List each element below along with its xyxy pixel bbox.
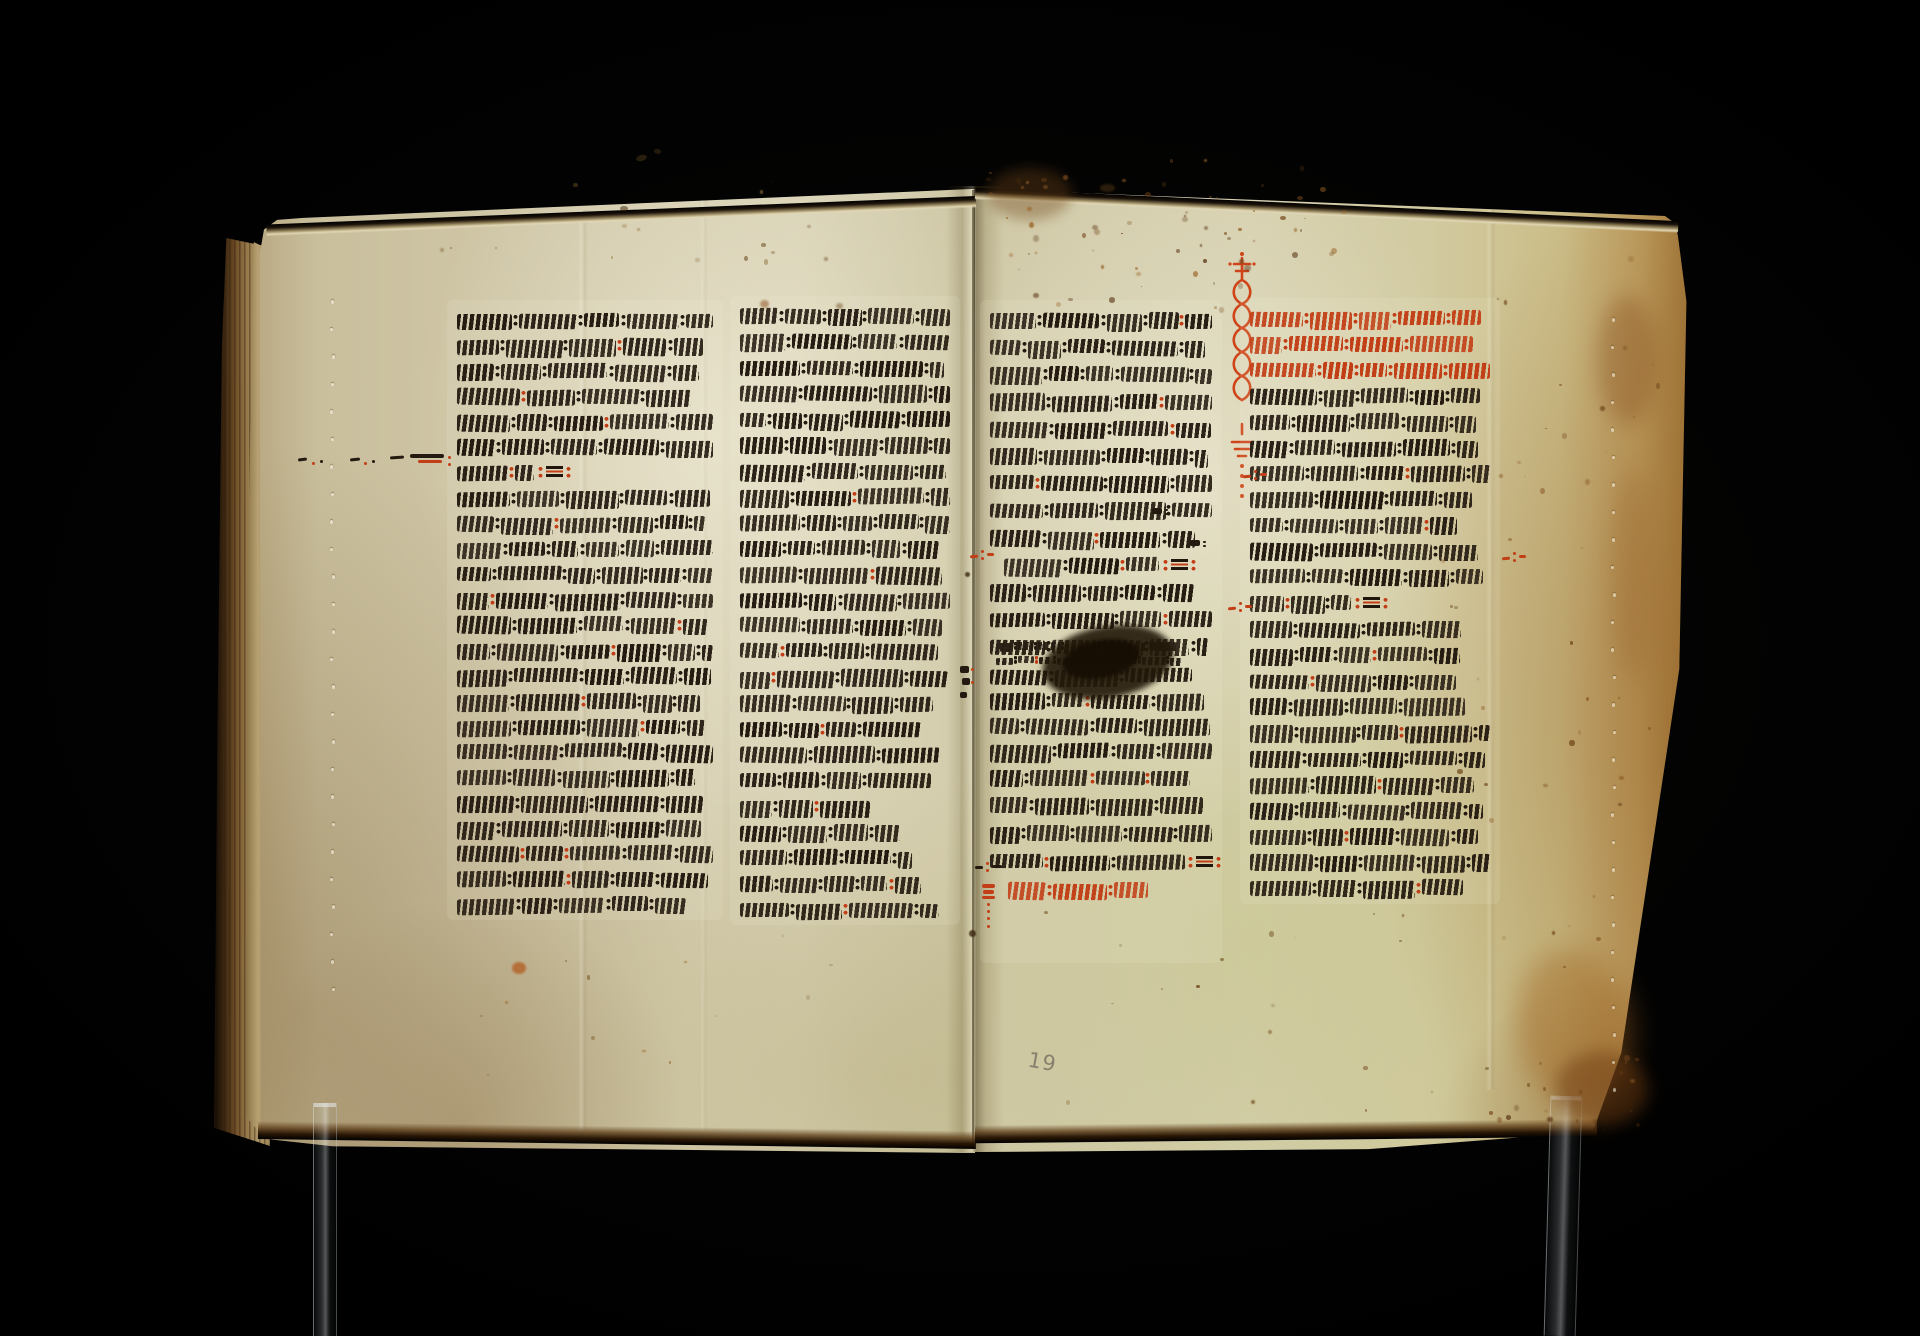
- foxing-speckle: [1041, 178, 1047, 182]
- manuscript-text-line: [1250, 414, 1500, 436]
- glyph-word: [740, 385, 797, 402]
- glyph-word: [1422, 879, 1464, 895]
- glyph-word: [602, 567, 643, 584]
- manuscript-text-line: [740, 463, 970, 485]
- glyph-word: [660, 515, 688, 530]
- word-separator-mark: [1310, 675, 1315, 688]
- glyph-word: [628, 743, 659, 761]
- sewing-station-dot: [965, 572, 970, 577]
- word-separator-mark: [894, 697, 899, 710]
- glyph-word: [570, 846, 621, 861]
- word-separator-mark: [1189, 450, 1194, 463]
- word-separator-mark: [1046, 695, 1051, 708]
- foxing-speckle: [1563, 966, 1565, 968]
- glyph-word: [779, 800, 813, 818]
- glyph-word: [740, 566, 798, 583]
- glyph-word: [1179, 825, 1212, 842]
- word-separator-mark: [925, 491, 930, 504]
- manuscript-text-line: [457, 617, 732, 639]
- glyph-word: [1472, 465, 1490, 483]
- glyph-word: [686, 314, 713, 328]
- glyph-word: [1250, 389, 1317, 406]
- glyph-word: [673, 365, 699, 381]
- glyph-word: [1422, 621, 1461, 638]
- glyph-word: [1250, 830, 1306, 845]
- pricking-hole: [332, 630, 335, 634]
- word-separator-mark: [1388, 364, 1393, 377]
- word-separator-mark: [566, 466, 571, 479]
- word-separator-mark: [677, 619, 682, 632]
- word-separator-mark: [563, 822, 568, 835]
- glyph-word: [1313, 829, 1344, 847]
- word-separator-mark: [680, 314, 685, 327]
- word-separator-mark: [596, 568, 601, 581]
- glyph-word: [1338, 647, 1370, 663]
- pricking-hole: [1611, 428, 1614, 432]
- glyph-word: [1316, 675, 1371, 692]
- glyph-word: [740, 464, 805, 481]
- foxing-speckle: [1547, 1117, 1552, 1122]
- foxing-speckle: [989, 192, 992, 196]
- word-separator-mark: [822, 310, 827, 323]
- glyph-word: [1109, 476, 1169, 493]
- margin-mark-part: [1203, 545, 1206, 547]
- manuscript-text-line: [1250, 880, 1490, 902]
- word-separator-mark: [788, 852, 793, 865]
- glyph-word: [1250, 675, 1309, 690]
- word-separator-mark: [598, 441, 603, 454]
- word-separator-mark: [1285, 597, 1290, 610]
- word-separator-mark: [1451, 830, 1456, 843]
- word-separator-mark: [669, 492, 674, 505]
- word-separator-mark: [1395, 830, 1400, 843]
- word-separator-mark: [1022, 341, 1027, 354]
- margin-mark-part: [987, 917, 990, 920]
- word-separator-mark: [1037, 314, 1042, 327]
- foxing-speckle: [1239, 259, 1244, 264]
- word-separator-mark: [1052, 745, 1057, 758]
- foxing-speckle: [1213, 282, 1215, 285]
- glyph-word: [666, 745, 714, 763]
- glyph-word: [1457, 829, 1478, 844]
- word-separator-mark: [828, 439, 833, 452]
- foxing-speckle: [1026, 181, 1029, 183]
- glyph-word: [1250, 621, 1292, 638]
- word-separator-mark: [1145, 450, 1150, 463]
- glyph-word: [517, 414, 547, 431]
- word-separator-mark: [1047, 884, 1052, 897]
- foxing-speckle: [1540, 488, 1545, 494]
- foxing-speckle: [1581, 547, 1583, 549]
- pricking-hole: [331, 850, 334, 854]
- manuscript-text-line: [740, 618, 974, 640]
- word-separator-mark: [513, 314, 518, 327]
- word-separator-mark: [495, 517, 500, 530]
- margin-mark-part: [962, 678, 970, 685]
- word-separator-mark: [620, 543, 625, 556]
- word-separator-mark: [1302, 752, 1307, 765]
- glyph-word: [457, 871, 507, 887]
- word-separator-mark: [1120, 559, 1125, 572]
- word-separator-mark: [907, 620, 912, 633]
- glyph-word: [1415, 390, 1444, 405]
- glyph-word: [457, 491, 510, 507]
- word-separator-mark: [1405, 467, 1410, 480]
- word-separator-mark: [767, 413, 772, 426]
- glyph-word: [1359, 312, 1391, 330]
- word-separator-mark: [914, 465, 919, 478]
- word-separator-mark: [857, 723, 862, 736]
- glyph-word: [518, 720, 580, 735]
- word-separator-mark: [520, 847, 525, 860]
- glyph-word: [1250, 491, 1313, 507]
- manuscript-text-line: [1250, 310, 1514, 332]
- word-separator-mark: [855, 878, 860, 891]
- margin-mark-part: [1519, 555, 1526, 558]
- glyph-word: [1350, 698, 1397, 714]
- word-separator-mark: [507, 873, 512, 886]
- glyph-word: [1250, 725, 1293, 743]
- word-separator-mark: [1372, 675, 1377, 688]
- pricking-hole: [1612, 373, 1615, 377]
- word-separator-mark: [862, 774, 867, 787]
- manuscript-text-line: [457, 566, 737, 588]
- glyph-word: [1378, 647, 1427, 662]
- glyph-word: [908, 541, 939, 559]
- word-separator-mark: [1466, 467, 1471, 480]
- glyph-word: [876, 567, 942, 586]
- word-separator-mark: [496, 441, 501, 454]
- word-separator-mark: [606, 898, 611, 911]
- glyph-word: [1415, 675, 1456, 690]
- word-separator-mark: [1446, 312, 1451, 325]
- word-separator-mark: [1029, 799, 1034, 812]
- glyph-word: [740, 617, 800, 633]
- glyph-word: [595, 795, 659, 811]
- glyph-word: [1456, 569, 1483, 584]
- manuscript-text-line: [740, 850, 936, 872]
- glyph-word: [1366, 466, 1404, 480]
- glyph-word: [548, 363, 607, 378]
- pricking-hole: [332, 603, 335, 607]
- glyph-word: [668, 644, 695, 661]
- section-divider-mark: [1162, 557, 1197, 572]
- word-separator-mark: [876, 749, 881, 762]
- margin-mark-part: [1254, 477, 1257, 480]
- word-separator-mark: [1188, 856, 1193, 869]
- glyph-word: [1350, 828, 1394, 845]
- glyph-word: [1048, 532, 1094, 551]
- glyph-word: [882, 747, 940, 763]
- glyph-word: [616, 872, 654, 887]
- word-separator-mark: [521, 390, 526, 403]
- foxing-speckle: [440, 248, 444, 252]
- margin-mark-part: [1190, 540, 1200, 546]
- manuscript-text-line: [740, 592, 974, 614]
- manuscript-text-line: [740, 334, 974, 356]
- glyph-word: [1169, 611, 1212, 627]
- word-separator-mark: [1106, 341, 1111, 354]
- glyph-word: [1250, 649, 1293, 666]
- word-separator-mark: [491, 644, 496, 657]
- foxing-speckle: [986, 178, 991, 182]
- glyph-word: [560, 517, 612, 533]
- glyph-word: [1162, 743, 1212, 759]
- glyph-word: [1407, 416, 1448, 432]
- word-separator-mark: [1288, 701, 1293, 714]
- word-separator-mark: [779, 310, 784, 323]
- glyph-word: [1151, 449, 1188, 465]
- word-separator-mark: [1416, 623, 1421, 636]
- glyph-word: [457, 822, 495, 840]
- glyph-word: [522, 898, 552, 914]
- word-separator-mark: [1042, 532, 1047, 545]
- foxing-speckle: [1363, 1066, 1367, 1070]
- foxing-speckle: [1127, 221, 1131, 226]
- glyph-word: [554, 416, 603, 432]
- glyph-word: [676, 769, 695, 786]
- pricking-hole: [1612, 758, 1615, 762]
- foxing-speckle: [1552, 931, 1555, 934]
- glyph-word: [791, 333, 851, 349]
- word-separator-mark: [1344, 701, 1349, 714]
- glyph-word: [1449, 362, 1490, 378]
- glyph-word: [740, 592, 803, 608]
- word-separator-mark: [1372, 649, 1377, 662]
- foxing-speckle: [1499, 474, 1503, 478]
- glyph-word: [1404, 698, 1466, 717]
- glyph-word: [1342, 441, 1397, 457]
- word-separator-mark: [1035, 477, 1040, 490]
- glyph-word: [1311, 466, 1359, 481]
- glyph-word: [1004, 558, 1062, 576]
- foxing-speckle: [1539, 1062, 1542, 1065]
- word-separator-mark: [854, 620, 859, 633]
- word-separator-mark: [637, 695, 642, 708]
- word-separator-mark: [1090, 799, 1095, 812]
- glyph-word: [1410, 751, 1458, 766]
- manuscript-text-line: [1250, 621, 1502, 643]
- glyph-word: [1294, 698, 1343, 716]
- word-separator-mark: [915, 310, 920, 323]
- manuscript-text-line: [1250, 440, 1502, 462]
- word-separator-mark: [1397, 442, 1402, 455]
- foxing-speckle: [637, 228, 640, 231]
- manuscript-text-line: [740, 695, 970, 717]
- word-separator-mark: [1291, 416, 1296, 429]
- word-separator-mark: [640, 390, 645, 403]
- foxing-speckle: [1636, 1123, 1640, 1127]
- glyph-word: [683, 619, 708, 635]
- word-separator-mark: [1101, 450, 1106, 463]
- word-separator-mark: [1114, 396, 1119, 409]
- word-separator-mark: [862, 310, 867, 323]
- word-separator-mark: [1094, 532, 1099, 545]
- manuscript-text-line: [457, 439, 737, 461]
- foxing-speckle: [1619, 776, 1624, 780]
- foxing-speckle: [1485, 1067, 1488, 1070]
- word-separator-mark: [838, 594, 843, 607]
- margin-mark-part: [410, 454, 444, 458]
- manuscript-text-line: [457, 795, 737, 817]
- word-separator-mark: [581, 695, 586, 708]
- glyph-word: [1383, 778, 1434, 795]
- glyph-word: [1479, 725, 1490, 741]
- glyph-word: [585, 669, 624, 685]
- glyph-word: [684, 668, 711, 686]
- glyph-word: [1076, 826, 1122, 842]
- word-separator-mark: [1170, 477, 1175, 490]
- word-separator-mark: [1304, 312, 1309, 325]
- word-separator-mark: [1399, 726, 1404, 739]
- word-separator-mark: [1306, 571, 1311, 584]
- glyph-word: [457, 364, 494, 382]
- manuscript-text-line: [740, 643, 974, 665]
- glyph-word: [457, 616, 511, 635]
- word-separator-mark: [1339, 519, 1344, 532]
- margin-mark-part: [981, 557, 984, 560]
- manuscript-text-line: [457, 718, 729, 740]
- glyph-word: [1430, 517, 1457, 535]
- word-separator-mark: [1416, 882, 1421, 895]
- glyph-word: [1441, 777, 1474, 793]
- manuscript-text-line: [990, 448, 1232, 470]
- manuscript-text-line: [740, 824, 924, 846]
- sewing-station-dot: [969, 930, 976, 937]
- manuscript-text-line: [1250, 776, 1504, 798]
- glyph-word: [1289, 336, 1343, 351]
- glyph-word: [996, 658, 1013, 665]
- margin-mark-part: [312, 462, 315, 465]
- acrylic-stand-right: [1544, 1096, 1583, 1336]
- glyph-word: [1410, 336, 1473, 352]
- word-separator-mark: [803, 413, 808, 426]
- glyph-word: [675, 490, 710, 507]
- manuscript-text-line: [457, 871, 737, 893]
- word-separator-mark: [510, 695, 515, 708]
- glyph-word: [1112, 340, 1178, 356]
- glyph-word: [990, 393, 1046, 411]
- word-separator-mark: [1090, 720, 1095, 733]
- word-separator-mark: [1354, 364, 1359, 377]
- word-separator-mark: [655, 543, 660, 556]
- glyph-word: [497, 643, 559, 660]
- word-separator-mark: [576, 390, 581, 403]
- word-separator-mark: [508, 746, 513, 759]
- word-separator-mark: [1163, 613, 1168, 626]
- foxing-speckle: [1219, 307, 1224, 312]
- glyph-word: [807, 515, 836, 531]
- glyph-word: [626, 540, 654, 557]
- glyph-word: [1378, 674, 1408, 689]
- glyph-word: [1050, 855, 1110, 871]
- glyph-word: [920, 904, 940, 919]
- glyph-word: [1058, 743, 1110, 759]
- glyph-word: [1363, 881, 1416, 900]
- glyph-word: [1151, 771, 1190, 786]
- word-separator-mark: [1049, 423, 1054, 436]
- word-separator-mark: [490, 593, 495, 606]
- manuscript-text-line: [457, 744, 737, 766]
- glyph-word: [1116, 855, 1184, 871]
- glyph-word: [990, 340, 1021, 356]
- glyph-word: [1394, 362, 1442, 378]
- foxing-speckle: [1238, 283, 1243, 289]
- glyph-word: [569, 820, 609, 837]
- glyph-word: [1100, 532, 1160, 548]
- pricking-hole: [1611, 813, 1614, 817]
- manuscript-text-line: [457, 363, 737, 385]
- glyph-word: [457, 720, 511, 737]
- margin-mark-part: [971, 668, 974, 671]
- glyph-word: [666, 796, 703, 813]
- glyph-word: [1250, 543, 1313, 561]
- glyph-word: [1362, 725, 1398, 740]
- margin-mark-part: [960, 666, 969, 673]
- glyph-word: [860, 620, 906, 637]
- word-separator-mark: [511, 492, 516, 505]
- word-separator-mark: [1027, 586, 1032, 599]
- word-separator-mark: [814, 800, 819, 813]
- word-separator-mark: [1377, 778, 1382, 791]
- foxing-speckle: [1200, 244, 1202, 246]
- glyph-word: [627, 314, 679, 330]
- glyph-word: [625, 489, 668, 505]
- word-separator-mark: [682, 568, 687, 581]
- manuscript-text-line: [1250, 828, 1502, 850]
- word-separator-mark: [924, 362, 929, 375]
- glyph-word: [687, 720, 706, 736]
- glyph-word: [785, 309, 821, 325]
- word-separator-mark: [1438, 493, 1443, 506]
- glyph-word: [1000, 643, 1013, 652]
- word-separator-mark: [1355, 390, 1360, 403]
- glyph-word: [569, 339, 616, 357]
- word-separator-mark: [640, 720, 645, 733]
- word-separator-mark: [674, 847, 679, 860]
- word-separator-mark: [843, 903, 848, 916]
- glyph-word: [740, 541, 781, 557]
- word-separator-mark: [580, 543, 585, 556]
- foxing-speckle: [1044, 911, 1048, 914]
- word-separator-mark: [1289, 442, 1294, 455]
- foxing-speckle: [1119, 944, 1122, 946]
- foxing-speckle: [1043, 185, 1048, 189]
- stain-blot: [1556, 1052, 1648, 1126]
- pricking-hole: [332, 823, 335, 827]
- glyph-word: [618, 517, 653, 534]
- glyph-word: [1086, 366, 1114, 382]
- glyph-word: [897, 852, 912, 869]
- word-separator-mark: [1404, 752, 1409, 765]
- manuscript-text-line: [990, 475, 1236, 497]
- glyph-word: [1114, 882, 1148, 898]
- glyph-word: [1250, 698, 1287, 715]
- glyph-word: [789, 723, 819, 738]
- pricking-hole: [330, 658, 333, 662]
- glyph-word: [457, 846, 519, 862]
- word-separator-mark: [617, 339, 622, 352]
- word-separator-mark: [1401, 416, 1406, 429]
- pricking-hole: [330, 548, 333, 552]
- word-separator-mark: [1355, 597, 1360, 610]
- glyph-word: [1250, 881, 1311, 896]
- margin-mark-part: [448, 463, 451, 466]
- glyph-word: [1176, 423, 1211, 439]
- glyph-word: [1129, 827, 1173, 842]
- word-separator-mark: [777, 774, 782, 787]
- pricking-hole: [1611, 951, 1614, 955]
